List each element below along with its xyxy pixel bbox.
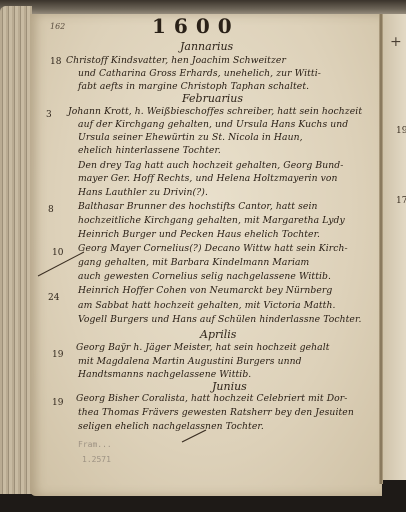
cross-mark-icon: + [390, 34, 402, 50]
entry-line: mayer Ger. Hoff Rechts, und Helena Holtz… [78, 173, 338, 184]
entry-line: Den drey Tag hatt auch hochzeit gehalten… [78, 160, 343, 171]
entry-line: Heinrich Burger und Pecken Haus ehelich … [78, 229, 320, 240]
entry-line: hochzeitliche Kirchgang gehalten, mit Ma… [78, 215, 345, 226]
entry-line: Georg Bisher Coralista, hatt hochzeit Ce… [76, 393, 348, 404]
entry-line: auf der Kirchgang gehalten, und Ursula H… [78, 119, 348, 130]
entry-line: am Sabbat hatt hochzeit gehalten, mit Vi… [78, 300, 336, 311]
entry-line: Hans Lauthler zu Drivin(?). [78, 187, 208, 198]
entry-date: 24 [48, 293, 59, 303]
facing-page-number: 19 [396, 126, 406, 136]
entry-line: Christoff Kindsvatter, hen Joachim Schwe… [66, 55, 286, 66]
entry-line: fabt aefts in margine Christoph Taphan s… [78, 81, 309, 92]
month-heading-januarius: Jannarius [180, 40, 233, 53]
year-heading: 1600 [152, 14, 240, 38]
entry-line: Heinrich Hoffer Cohen von Neumarckt bey … [78, 285, 332, 296]
entry-line: mit Magdalena Martin Augustini Burgers u… [78, 356, 302, 367]
entry-line: Balthasar Brunner des hochstifts Cantor,… [78, 201, 318, 212]
entry-line: und Catharina Gross Erhards, unehelich, … [78, 68, 321, 79]
month-heading-februarius: Februarius [182, 92, 243, 105]
pencil-note: Fram... [78, 440, 112, 449]
entry-line: ehelich hinterlassene Tochter. [78, 145, 221, 156]
margin-stroke-icon [36, 248, 86, 278]
entry-line: Ursula seiner Ehewürtin zu St. Nicola in… [78, 132, 303, 143]
entry-date: 19 [52, 398, 63, 408]
facing-page-number: 17 [396, 196, 406, 206]
entry-line: Handtsmanns nachgelassene Wittib. [78, 369, 251, 380]
month-heading-junius: Junius [212, 380, 247, 393]
entry-line: Vogell Burgers und Hans auf Schülen hind… [78, 314, 361, 325]
closing-flourish-icon [180, 428, 210, 444]
entry-line: auch gewesten Cornelius selig nachgelass… [78, 271, 331, 282]
page-stack-edge [0, 6, 32, 494]
background-surface [0, 496, 406, 512]
entry-line: Georg Baÿr h. Jäger Meister, hat sein ho… [76, 342, 330, 353]
page-corner-note: 162 [50, 22, 65, 31]
entry-line: gang gehalten, mit Barbara Kindelmann Ma… [78, 257, 309, 268]
entry-date: 19 [52, 350, 63, 360]
facing-page-edge [383, 14, 406, 480]
entry-line: thea Thomas Frävers gewesten Ratsherr be… [78, 407, 354, 418]
entry-date: 8 [48, 205, 54, 215]
entry-date: 18 [50, 57, 61, 67]
entry-line: seligen ehelich nachgelassnen Tochter. [78, 421, 264, 432]
entry-date: 3 [46, 110, 52, 120]
month-heading-aprilis: Aprilis [200, 328, 236, 341]
entry-line: Johann Krott, h. Weißbieschoffes schreib… [68, 106, 362, 117]
entry-line: Georg Mayer Cornelius(?) Decano Wittw ha… [78, 243, 348, 254]
pencil-note: 1.2571 [82, 455, 111, 464]
